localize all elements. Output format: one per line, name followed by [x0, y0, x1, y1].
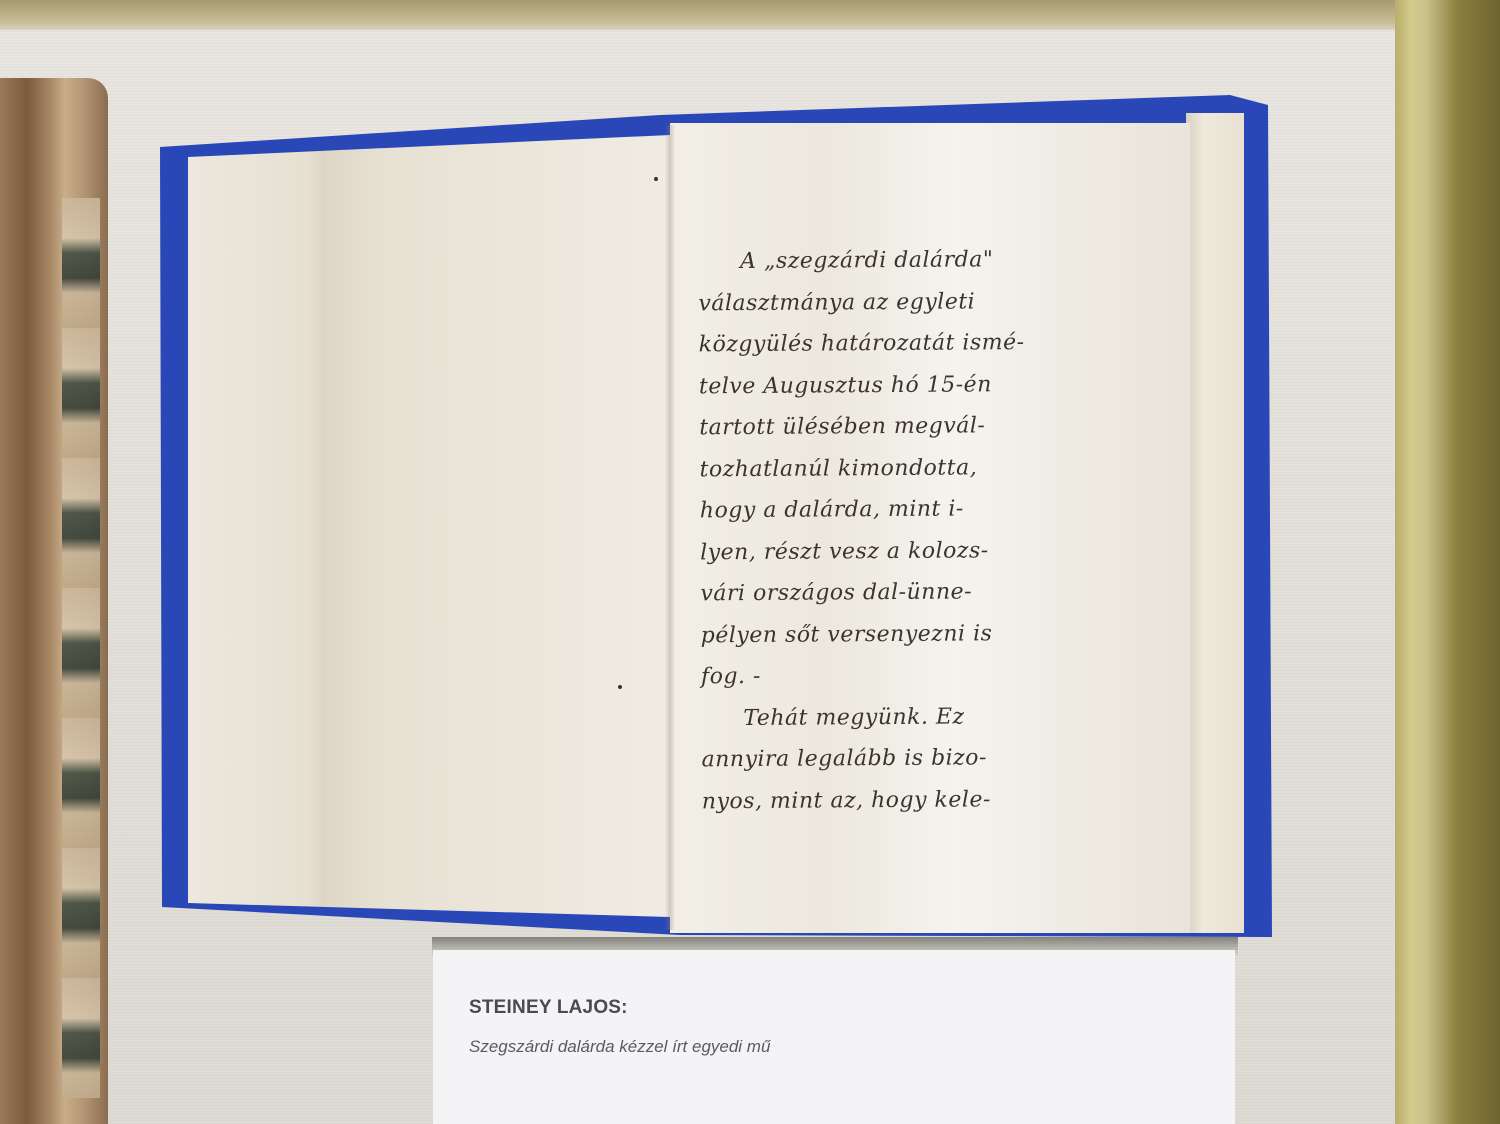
manuscript-line: hogy a dalárda, mint i-	[700, 488, 1080, 532]
exhibit-label-title: STEINEY LAJOS:	[469, 997, 628, 1019]
exhibit-label-card: STEINEY LAJOS: Szegszárdi dalárda kézzel…	[433, 950, 1235, 1124]
manuscript-line: fog. -	[701, 654, 1081, 698]
manuscript-line: nyos, mint az, hogy kele-	[702, 778, 1082, 822]
manuscript-line: választmánya az egyleti	[698, 280, 1078, 324]
manuscript-line: tozhatlanúl kimondotta,	[699, 446, 1079, 490]
manuscript-line: annyira legalább is bizo-	[701, 737, 1081, 781]
page-speck	[618, 685, 622, 689]
display-case-top-frame	[0, 0, 1500, 30]
manuscript-line: telve Augusztus hó 15-én	[699, 363, 1079, 407]
adjacent-book-spine	[0, 78, 108, 1124]
manuscript-text: A „szegzárdi dalárda" választmánya az eg…	[698, 239, 1082, 823]
page-speck	[654, 177, 658, 181]
manuscript-line: vári országos dal-ünne-	[700, 571, 1080, 615]
manuscript-line: Tehát megyünk. Ez	[701, 695, 1081, 739]
manuscript-line: pélyen sőt versenyezni is	[701, 612, 1081, 656]
manuscript-line: A „szegzárdi dalárda"	[698, 239, 1078, 283]
manuscript-line: tartott ülésében megvál-	[699, 405, 1079, 449]
manuscript-line: közgyülés határozatát ismé-	[699, 322, 1079, 366]
page-stack-edge	[1186, 113, 1244, 933]
marbled-edge-pattern	[62, 198, 100, 1098]
exhibit-label-subtitle: Szegszárdi dalárda kézzel írt egyedi mű	[469, 1037, 770, 1057]
manuscript-line: lyen, részt vesz a kolozs-	[700, 529, 1080, 573]
display-case-right-frame	[1395, 0, 1500, 1124]
left-blank-page	[188, 135, 670, 917]
book-gutter	[665, 125, 675, 930]
